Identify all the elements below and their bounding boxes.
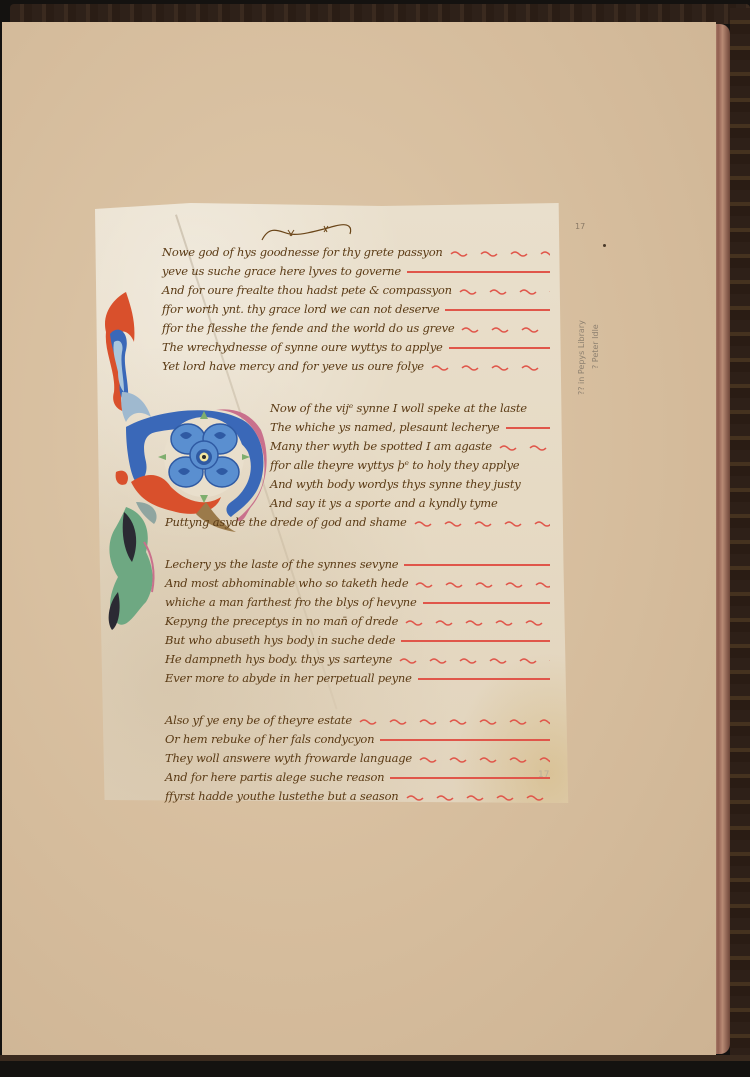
rubric-line-filler: [430, 358, 550, 374]
verse-line: And for oure frealte thou hadst pete & c…: [162, 282, 452, 298]
rubric-line-filler: [413, 514, 550, 530]
rubric-line-filler: [458, 282, 550, 298]
verse-line: yeve us suche grace here lyves to govern…: [162, 263, 401, 279]
pencil-mark: [603, 244, 606, 247]
rubric-line-filler: [404, 613, 550, 629]
verse-line: ffor alle theyre wyttys þᵉ to holy they …: [270, 457, 519, 473]
verse-line: Or hem rebuke of her fals condycyon: [165, 731, 374, 747]
verse-line: They woll answere wyth frowarde language: [165, 750, 412, 766]
verse-line: Nowe god of hys goodnesse for thy grete …: [162, 244, 443, 260]
rubric-line-filler: [398, 651, 550, 667]
verse-line: Now of the vijᵉ synne I woll speke at th…: [270, 400, 527, 416]
rubric-line-filler: [449, 339, 550, 355]
rubric-line-filler: [418, 750, 550, 766]
pencil-folio-number: 17: [575, 222, 585, 231]
verse-line: Ever more to abyde in her perpetuall pey…: [165, 670, 412, 686]
verse-line: ffor the flesshe the fende and the world…: [162, 320, 454, 336]
rubric-line-filler: [445, 301, 550, 317]
rubric-line-filler: [405, 788, 550, 804]
rubric-line-filler: [380, 731, 550, 747]
rubric-line-filler: [414, 575, 550, 591]
book-binding-top: [10, 4, 750, 24]
verse-line: The wrechydnesse of synne oure wyttys to…: [162, 339, 443, 355]
verse-line: Puttyng asyde the drede of god and shame: [165, 514, 407, 530]
ascender-flourish: [260, 222, 355, 242]
verse-line: whiche a man farthest fro the blys of he…: [165, 594, 417, 610]
verse-line: And most abhominable who so taketh hede: [165, 575, 408, 591]
rubric-line-filler: [358, 712, 550, 728]
pencil-note-line-2: ? Peter Idle: [591, 324, 600, 369]
verse-line: Many ther wyth be spotted I am agaste: [270, 438, 492, 454]
rubric-line-filler: [506, 419, 550, 435]
rubric-line-filler: [460, 320, 550, 336]
verse-line: Lechery ys the laste of the synnes sevyn…: [165, 556, 398, 572]
rubric-line-filler: [449, 244, 550, 260]
book-binding-bottom: [0, 1055, 750, 1061]
verse-line: Kepyng the preceptys in no man̄ of drede: [165, 613, 398, 629]
verse-line: But who abuseth hys body in suche dede: [165, 632, 395, 648]
rubric-line-filler: [418, 670, 550, 686]
rubric-line-filler: [404, 556, 550, 572]
rubric-line-filler: [390, 769, 550, 785]
verse-line: Also yf ye eny be of theyre estate: [165, 712, 352, 728]
rubric-line-filler: [498, 438, 550, 454]
rubric-line-filler: [423, 594, 550, 610]
rubric-line-filler: [407, 263, 550, 279]
verse-line: ffor worth ynt. thy grace lord we can no…: [162, 301, 439, 317]
verse-line: And for here partis alege suche reason: [165, 769, 384, 785]
pencil-annotation: ?? in Pepys Library ? Peter Idle: [576, 300, 636, 390]
verse-line: Yet lord have mercy and for yeve us oure…: [162, 358, 424, 374]
book-binding-right: [730, 8, 750, 1058]
verse-line: The whiche ys named, plesaunt lecherye: [270, 419, 500, 435]
verse-line: He dampneth hys body. thys ys sarteyne: [165, 651, 392, 667]
rubric-line-filler: [401, 632, 550, 648]
verse-line: And wyth body wordys thys synne they jus…: [270, 476, 521, 492]
manuscript-folio-number: 17: [538, 770, 549, 780]
verse-line: And say it ys a sporte and a kyndly tyme: [270, 495, 498, 511]
pencil-note-line-1: ?? in Pepys Library: [577, 320, 586, 395]
verse-line: ffyrst hadde youthe lustethe but a seaso…: [165, 788, 399, 804]
